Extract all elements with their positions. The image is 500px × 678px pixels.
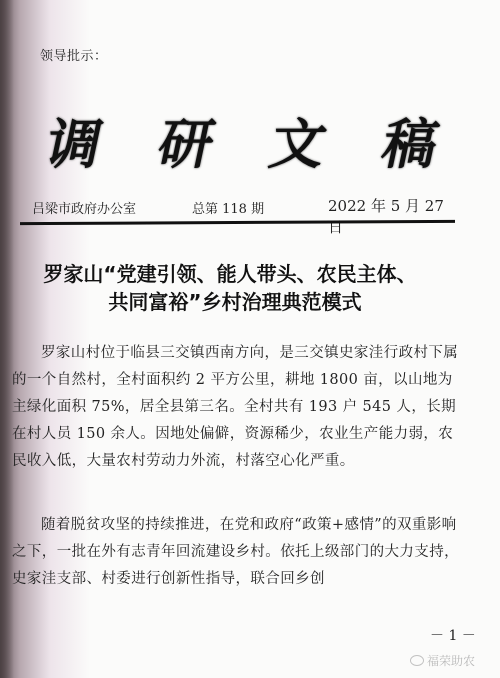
- masthead-char: 文: [264, 102, 334, 179]
- watermark-text: 福荣助农: [427, 652, 475, 669]
- article-title-line-2: 共同富裕”乡村治理典范模式: [0, 286, 485, 315]
- watermark: 福荣助农: [410, 652, 475, 669]
- body-paragraph: 随着脱贫攻坚的持续推进，在党和政府“政策+感情”的双重影响之下，一批在外有志青年…: [12, 512, 464, 593]
- article-title-line-1: 罗家山“党建引领、能人带头、农民主体、: [0, 258, 480, 287]
- masthead-char: 研: [152, 102, 222, 179]
- page-number: － 1 －: [430, 625, 476, 645]
- document-page: 领导批示： 调 研 文 稿 吕梁市政府办公室 总第 118 期 2022 年 5…: [0, 0, 500, 678]
- masthead-title: 调 研 文 稿: [48, 100, 438, 180]
- issue-date: 2022 年 5 月 27 日: [328, 195, 452, 237]
- masthead-char: 调: [40, 102, 110, 179]
- masthead-char: 稿: [376, 102, 446, 179]
- issue-number: 总第 118 期: [192, 198, 264, 217]
- body-paragraph: 罗家山村位于临县三交镇西南方向，是三交镇史家洼行政村下属的一个自然村，全村面积约…: [12, 340, 464, 475]
- leader-instruction-label: 领导批示：: [40, 45, 108, 64]
- issuing-organization: 吕梁市政府办公室: [32, 198, 136, 217]
- wechat-icon: [410, 655, 424, 666]
